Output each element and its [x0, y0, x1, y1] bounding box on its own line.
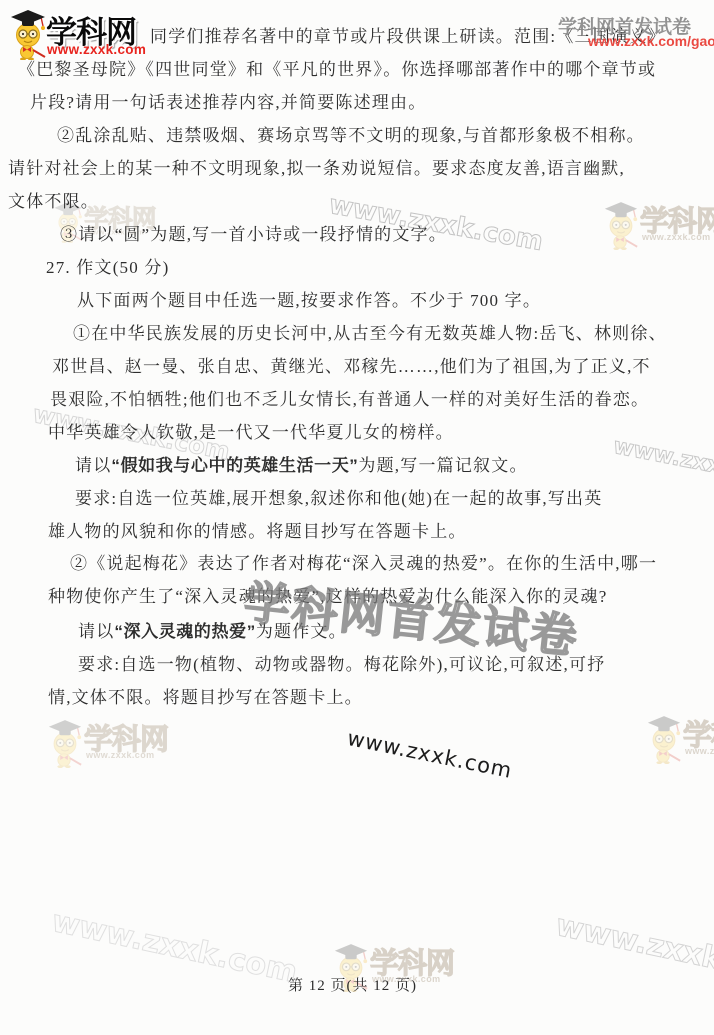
text-line: 邓世昌、赵一曼、张自忠、黄继光、邓稼先……,他们为了祖国,为了正义,不: [52, 352, 651, 377]
text-line: ③请以“圆”为题,写一首小诗或一段抒情的文字。: [60, 220, 447, 245]
text-line: 雄人物的风貌和你的情感。将题目抄写在答题卡上。: [48, 517, 467, 542]
watermark-brand-url: www.zxxk.com: [86, 750, 155, 760]
text-segment: 雄人物的风貌和你的情感。将题目抄写在答题卡上。: [48, 522, 467, 541]
watermark-url-dark: www.zxxk.com: [345, 726, 514, 783]
text-segment: 中华英雄令人钦敬,是一代又一代华夏儿女的榜样。: [48, 423, 454, 442]
watermark-logo: 学科网 www.zxxk.com: [645, 710, 714, 770]
text-line: ①在中华民族发展的历史长河中,从古至今有无数英雄人物:岳飞、林则徐、: [73, 319, 667, 344]
text-segment: 27. 作文(50 分): [46, 258, 169, 277]
text-segment: 请针对社会上的某一种不文明现象,拟一条劝说短信。要求态度友善,语言幽默,: [8, 159, 625, 178]
text-segment: 《巴黎圣母院》《四世同堂》和《平凡的世界》。你选择哪部著作中的哪个章节或: [18, 60, 656, 79]
text-segment: 邓世昌、赵一曼、张自忠、黄继光、邓稼先……,他们为了祖国,为了正义,不: [52, 357, 651, 376]
text-line: 片段?请用一句话表述推荐内容,并简要陈述理由。: [30, 88, 426, 113]
text-line: 请以“假如我与心中的英雄生活一天”为题,写一篇记叙文。: [75, 451, 528, 476]
zxxk-mascot-icon: [602, 196, 640, 250]
text-segment: 为题,写一篇记叙文。: [358, 456, 527, 475]
text-segment: ②乱涂乱贴、违禁吸烟、赛场京骂等不文明的现象,与首都形象极不相称。: [57, 126, 645, 145]
zxxk-brand-url: www.zxxk.com: [47, 42, 146, 57]
watermark-url: www.zxxk.com: [553, 908, 714, 994]
header-badge-link: www.zxxk.com/gaok: [588, 33, 714, 49]
text-line: 要求:自选一位英雄,展开想象,叙述你和他(她)在一起的故事,写出英: [75, 484, 602, 509]
scanned-exam-page: { "brand": { "name": "学科网", "site": "www…: [0, 0, 714, 1035]
page-number: 第 12 页(共 12 页): [288, 974, 417, 995]
text-segment: 请以: [78, 622, 114, 641]
text-line: ②乱涂乱贴、违禁吸烟、赛场京骂等不文明的现象,与首都形象极不相称。: [57, 121, 645, 146]
text-segment: 要求:自选一位英雄,展开想象,叙述你和他(她)在一起的故事,写出英: [75, 489, 602, 508]
text-line: 请针对社会上的某一种不文明现象,拟一条劝说短信。要求态度友善,语言幽默,: [8, 154, 625, 179]
essay-title-bold: “深入灵魂的热爱”: [114, 622, 255, 641]
text-segment: ①在中华民族发展的历史长河中,从古至今有无数英雄人物:岳飞、林则徐、: [73, 324, 667, 343]
watermark-brand-url: www.zxxk.com: [642, 232, 711, 242]
zxxk-mascot-icon: [46, 714, 84, 768]
text-line: ②《说起梅花》表达了作者对梅花“深入灵魂的热爱”。在你的生活中,哪一: [70, 549, 657, 574]
watermark-logo: 学科网 www.zxxk.com: [602, 196, 714, 256]
zxxk-logo: 学科网 www.zxxk.com: [6, 3, 156, 61]
watermark-url: www.zxxk.com: [611, 434, 714, 493]
text-segment: 请以: [75, 456, 111, 475]
text-line: 文体不限。: [8, 187, 99, 212]
text-segment: 从下面两个题目中任选一题,按要求作答。不少于 700 字。: [77, 291, 541, 310]
zxxk-mascot-icon: [8, 4, 48, 60]
watermark-logo: 学科网 www.zxxk.com: [46, 714, 196, 774]
watermark-url: www.zxxk.com: [49, 904, 301, 990]
watermark-brand-url: www.zxxk.com: [685, 746, 714, 756]
text-line: 27. 作文(50 分): [46, 253, 169, 278]
text-line: 情,文体不限。将题目抄写在答题卡上。: [48, 683, 363, 708]
text-line: 中华英雄令人钦敬,是一代又一代华夏儿女的榜样。: [48, 418, 454, 443]
text-segment: 文体不限。: [8, 192, 99, 211]
essay-title-bold: “假如我与心中的英雄生活一天”: [111, 456, 358, 475]
text-segment: 片段?请用一句话表述推荐内容,并简要陈述理由。: [30, 93, 426, 112]
text-segment: ②《说起梅花》表达了作者对梅花“深入灵魂的热爱”。在你的生活中,哪一: [70, 554, 657, 573]
zxxk-mascot-icon: [645, 710, 683, 764]
text-segment: 情,文体不限。将题目抄写在答题卡上。: [48, 688, 363, 707]
text-segment: 畏艰险,不怕牺牲;他们也不乏儿女情长,有普通人一样的对美好生活的眷恋。: [50, 390, 649, 409]
text-line: 畏艰险,不怕牺牲;他们也不乏儿女情长,有普通人一样的对美好生活的眷恋。: [50, 385, 649, 410]
text-segment: ③请以“圆”为题,写一首小诗或一段抒情的文字。: [60, 225, 447, 244]
text-line: 从下面两个题目中任选一题,按要求作答。不少于 700 字。: [77, 286, 541, 311]
